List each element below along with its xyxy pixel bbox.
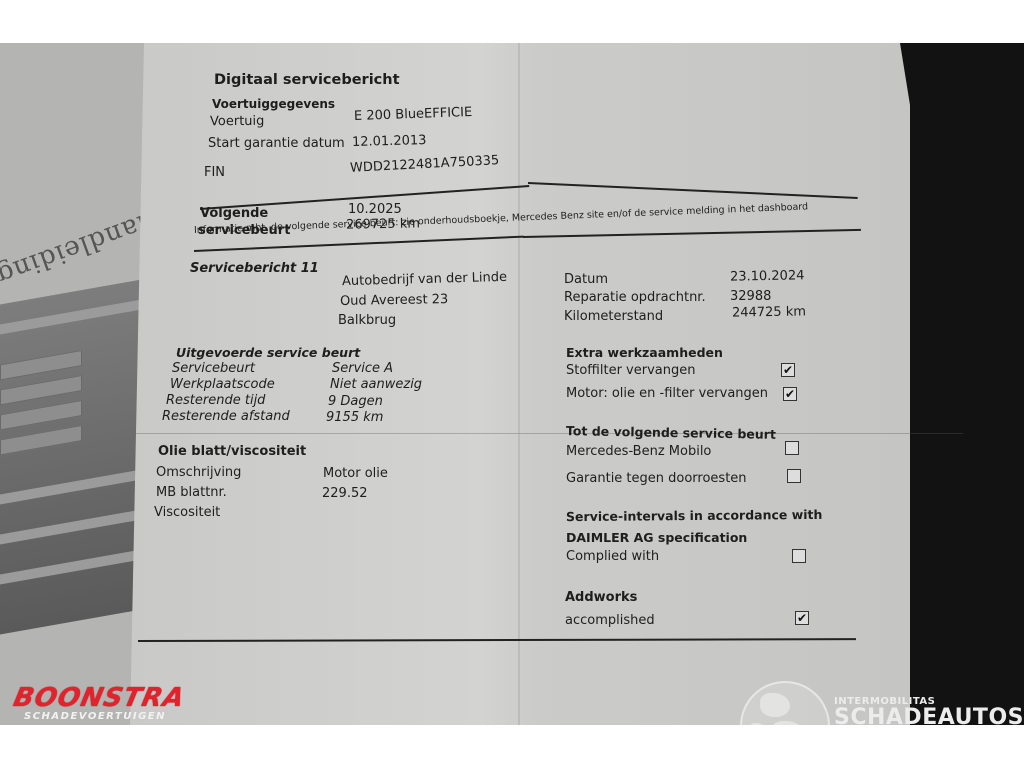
extra-work-item-1: Stoffilter vervangen bbox=[566, 363, 695, 378]
document-photo: handleiding Digitaal servicebericht Voer… bbox=[0, 43, 1024, 725]
document-title: Digitaal servicebericht bbox=[214, 72, 400, 88]
date-value: 23.10.2024 bbox=[730, 268, 805, 284]
mb-sheet-label: MB blattnr. bbox=[156, 485, 227, 500]
vehicle-value: E 200 BlueEFFICIE bbox=[354, 105, 473, 124]
vehicle-label: Voertuig bbox=[210, 114, 265, 129]
complied-checkbox[interactable] bbox=[792, 549, 806, 563]
garage-city: Balkbrug bbox=[338, 313, 396, 328]
mobilo-checkbox[interactable] bbox=[785, 441, 799, 455]
intervals-heading-2: DAIMLER AG specification bbox=[566, 530, 747, 545]
addworks-heading: Addworks bbox=[565, 590, 637, 605]
fin-value: WDD2122481A750335 bbox=[350, 153, 500, 176]
warranty-start-value: 12.01.2013 bbox=[352, 133, 427, 150]
bottom-rule bbox=[138, 638, 856, 641]
performed-service-heading: Uitgevoerde service beurt bbox=[176, 345, 360, 360]
vehicle-heading: Voertuiggegevens bbox=[212, 97, 335, 111]
service-report-sheet: Digitaal servicebericht Voertuiggegevens… bbox=[130, 43, 910, 725]
garage-street: Oud Avereest 23 bbox=[340, 292, 449, 309]
order-number-value: 32988 bbox=[730, 289, 771, 304]
fin-label: FIN bbox=[204, 165, 225, 180]
workshop-code-label: Werkplaatscode bbox=[170, 377, 275, 392]
schadeautos-logo: INTERMOBILITAS SCHADEAUTOS.NL bbox=[834, 696, 1024, 725]
mobilo-label: Mercedes-Benz Mobilo bbox=[566, 444, 711, 459]
extra-work-checkbox-2[interactable]: ✔ bbox=[783, 387, 797, 401]
accomplished-checkbox[interactable]: ✔ bbox=[795, 611, 809, 625]
oil-description-value: Motor olie bbox=[323, 466, 388, 481]
workshop-code-value: Niet aanwezig bbox=[330, 377, 422, 392]
remaining-time-value: 9 Dagen bbox=[328, 394, 383, 409]
boonstra-logo: BOONSTRA SCHADEVOERTUIGEN bbox=[14, 683, 184, 722]
intervals-heading-1: Service-intervals in accordance with bbox=[566, 507, 823, 524]
complied-label: Complied with bbox=[566, 549, 659, 564]
mileage-label: Kilometerstand bbox=[564, 309, 663, 324]
boonstra-brand: BOONSTRA bbox=[11, 683, 188, 713]
oil-heading: Olie blatt/viscositeit bbox=[158, 444, 306, 459]
garage-name: Autobedrijf van der Linde bbox=[342, 270, 507, 289]
divider bbox=[528, 182, 858, 198]
schadeautos-label: SCHADEAUTOS.NL bbox=[834, 705, 1024, 725]
next-service-date: 10.2025 bbox=[348, 202, 402, 217]
divider bbox=[523, 229, 861, 238]
service-type-value: Service A bbox=[332, 361, 393, 376]
service-type-label: Servicebeurt bbox=[172, 361, 255, 376]
extra-work-heading: Extra werkzaamheden bbox=[566, 345, 723, 360]
next-service-info: Informatie mbt. de volgende service beur… bbox=[194, 201, 809, 236]
mb-sheet-value: 229.52 bbox=[322, 486, 368, 501]
oil-description-label: Omschrijving bbox=[156, 465, 241, 480]
remaining-time-label: Resterende tijd bbox=[166, 393, 265, 408]
warranty-start-label: Start garantie datum bbox=[208, 136, 345, 151]
accomplished-label: accomplished bbox=[565, 613, 655, 628]
dashboard-image bbox=[0, 280, 140, 636]
rust-warranty-checkbox[interactable] bbox=[787, 469, 801, 483]
rust-warranty-label: Garantie tegen doorroesten bbox=[566, 471, 747, 486]
paper-vertical-fold bbox=[518, 43, 520, 725]
service-report-heading: Servicebericht 11 bbox=[190, 261, 319, 276]
next-service-label-1: Volgende bbox=[200, 206, 268, 221]
extra-work-checkbox-1[interactable]: ✔ bbox=[781, 363, 795, 377]
date-label: Datum bbox=[564, 272, 608, 287]
remaining-distance-label: Resterende afstand bbox=[162, 409, 290, 424]
extra-work-item-2: Motor: olie en -filter vervangen bbox=[566, 386, 768, 401]
remaining-distance-value: 9155 km bbox=[326, 410, 383, 425]
until-next-heading: Tot de volgende service beurt bbox=[566, 423, 776, 442]
mileage-value: 244725 km bbox=[732, 304, 806, 320]
viscosity-label: Viscositeit bbox=[154, 505, 220, 520]
order-number-label: Reparatie opdrachtnr. bbox=[564, 290, 706, 305]
